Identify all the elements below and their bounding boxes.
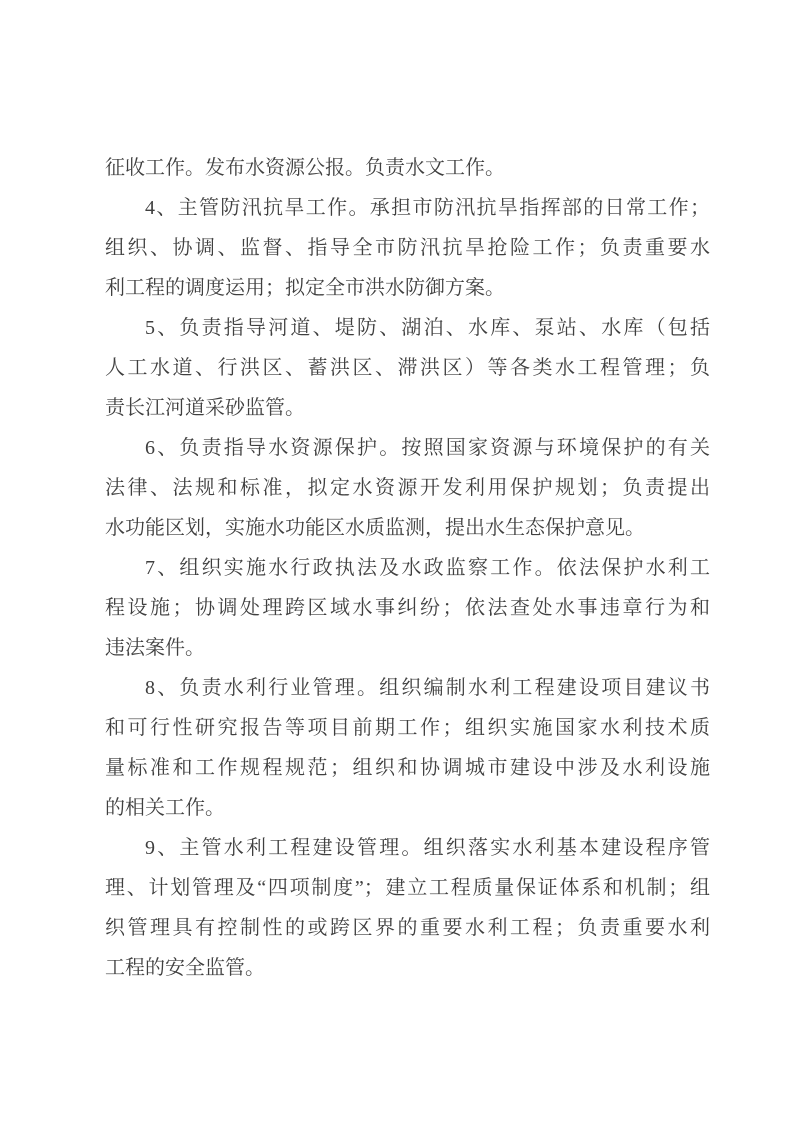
- text-line: 人工水道、行洪区、蓄洪区、滞洪区）等各类水工程管理；负: [105, 348, 710, 388]
- text-line: 责长江河道采砂监管。: [105, 388, 710, 428]
- paragraph: 9、主管水利工程建设管理。组织落实水利基本建设程序管理、计划管理及“四项制度”；…: [105, 828, 710, 988]
- text-line: 组织、协调、监督、指导全市防汛抗旱抢险工作；负责重要水: [105, 228, 710, 268]
- paragraph: 8、负责水利行业管理。组织编制水利工程建设项目建议书和可行性研究报告等项目前期工…: [105, 668, 710, 828]
- paragraph: 6、负责指导水资源保护。按照国家资源与环境保护的有关法律、法规和标准，拟定水资源…: [105, 428, 710, 548]
- text-line: 理、计划管理及“四项制度”；建立工程质量保证体系和机制；组: [105, 868, 710, 908]
- text-line: 9、主管水利工程建设管理。组织落实水利基本建设程序管: [105, 828, 710, 868]
- text-line: 水功能区划，实施水功能区水质监测，提出水生态保护意见。: [105, 508, 710, 548]
- paragraph: 5、负责指导河道、堤防、湖泊、水库、泵站、水库（包括人工水道、行洪区、蓄洪区、滞…: [105, 308, 710, 428]
- text-line: 4、主管防汛抗旱工作。承担市防汛抗旱指挥部的日常工作；: [105, 188, 710, 228]
- text-line: 8、负责水利行业管理。组织编制水利工程建设项目建议书: [105, 668, 710, 708]
- text-line: 利工程的调度运用；拟定全市洪水防御方案。: [105, 268, 710, 308]
- text-line: 工程的安全监管。: [105, 948, 710, 988]
- paragraph: 7、组织实施水行政执法及水政监察工作。依法保护水利工程设施；协调处理跨区域水事纠…: [105, 548, 710, 668]
- text-line: 征收工作。发布水资源公报。负责水文工作。: [105, 148, 710, 188]
- document-body: 征收工作。发布水资源公报。负责水文工作。4、主管防汛抗旱工作。承担市防汛抗旱指挥…: [105, 148, 710, 988]
- text-line: 程设施；协调处理跨区域水事纠纷；依法查处水事违章行为和: [105, 588, 710, 628]
- text-line: 法律、法规和标准，拟定水资源开发利用保护规划；负责提出: [105, 468, 710, 508]
- text-line: 织管理具有控制性的或跨区界的重要水利工程；负责重要水利: [105, 908, 710, 948]
- text-line: 5、负责指导河道、堤防、湖泊、水库、泵站、水库（包括: [105, 308, 710, 348]
- text-line: 6、负责指导水资源保护。按照国家资源与环境保护的有关: [105, 428, 710, 468]
- paragraph: 征收工作。发布水资源公报。负责水文工作。: [105, 148, 710, 188]
- text-line: 和可行性研究报告等项目前期工作；组织实施国家水利技术质: [105, 708, 710, 748]
- text-line: 的相关工作。: [105, 788, 710, 828]
- text-line: 量标准和工作规程规范；组织和协调城市建设中涉及水利设施: [105, 748, 710, 788]
- text-line: 7、组织实施水行政执法及水政监察工作。依法保护水利工: [105, 548, 710, 588]
- document-page: 征收工作。发布水资源公报。负责水文工作。4、主管防汛抗旱工作。承担市防汛抗旱指挥…: [0, 0, 793, 1122]
- text-line: 违法案件。: [105, 628, 710, 668]
- paragraph: 4、主管防汛抗旱工作。承担市防汛抗旱指挥部的日常工作；组织、协调、监督、指导全市…: [105, 188, 710, 308]
